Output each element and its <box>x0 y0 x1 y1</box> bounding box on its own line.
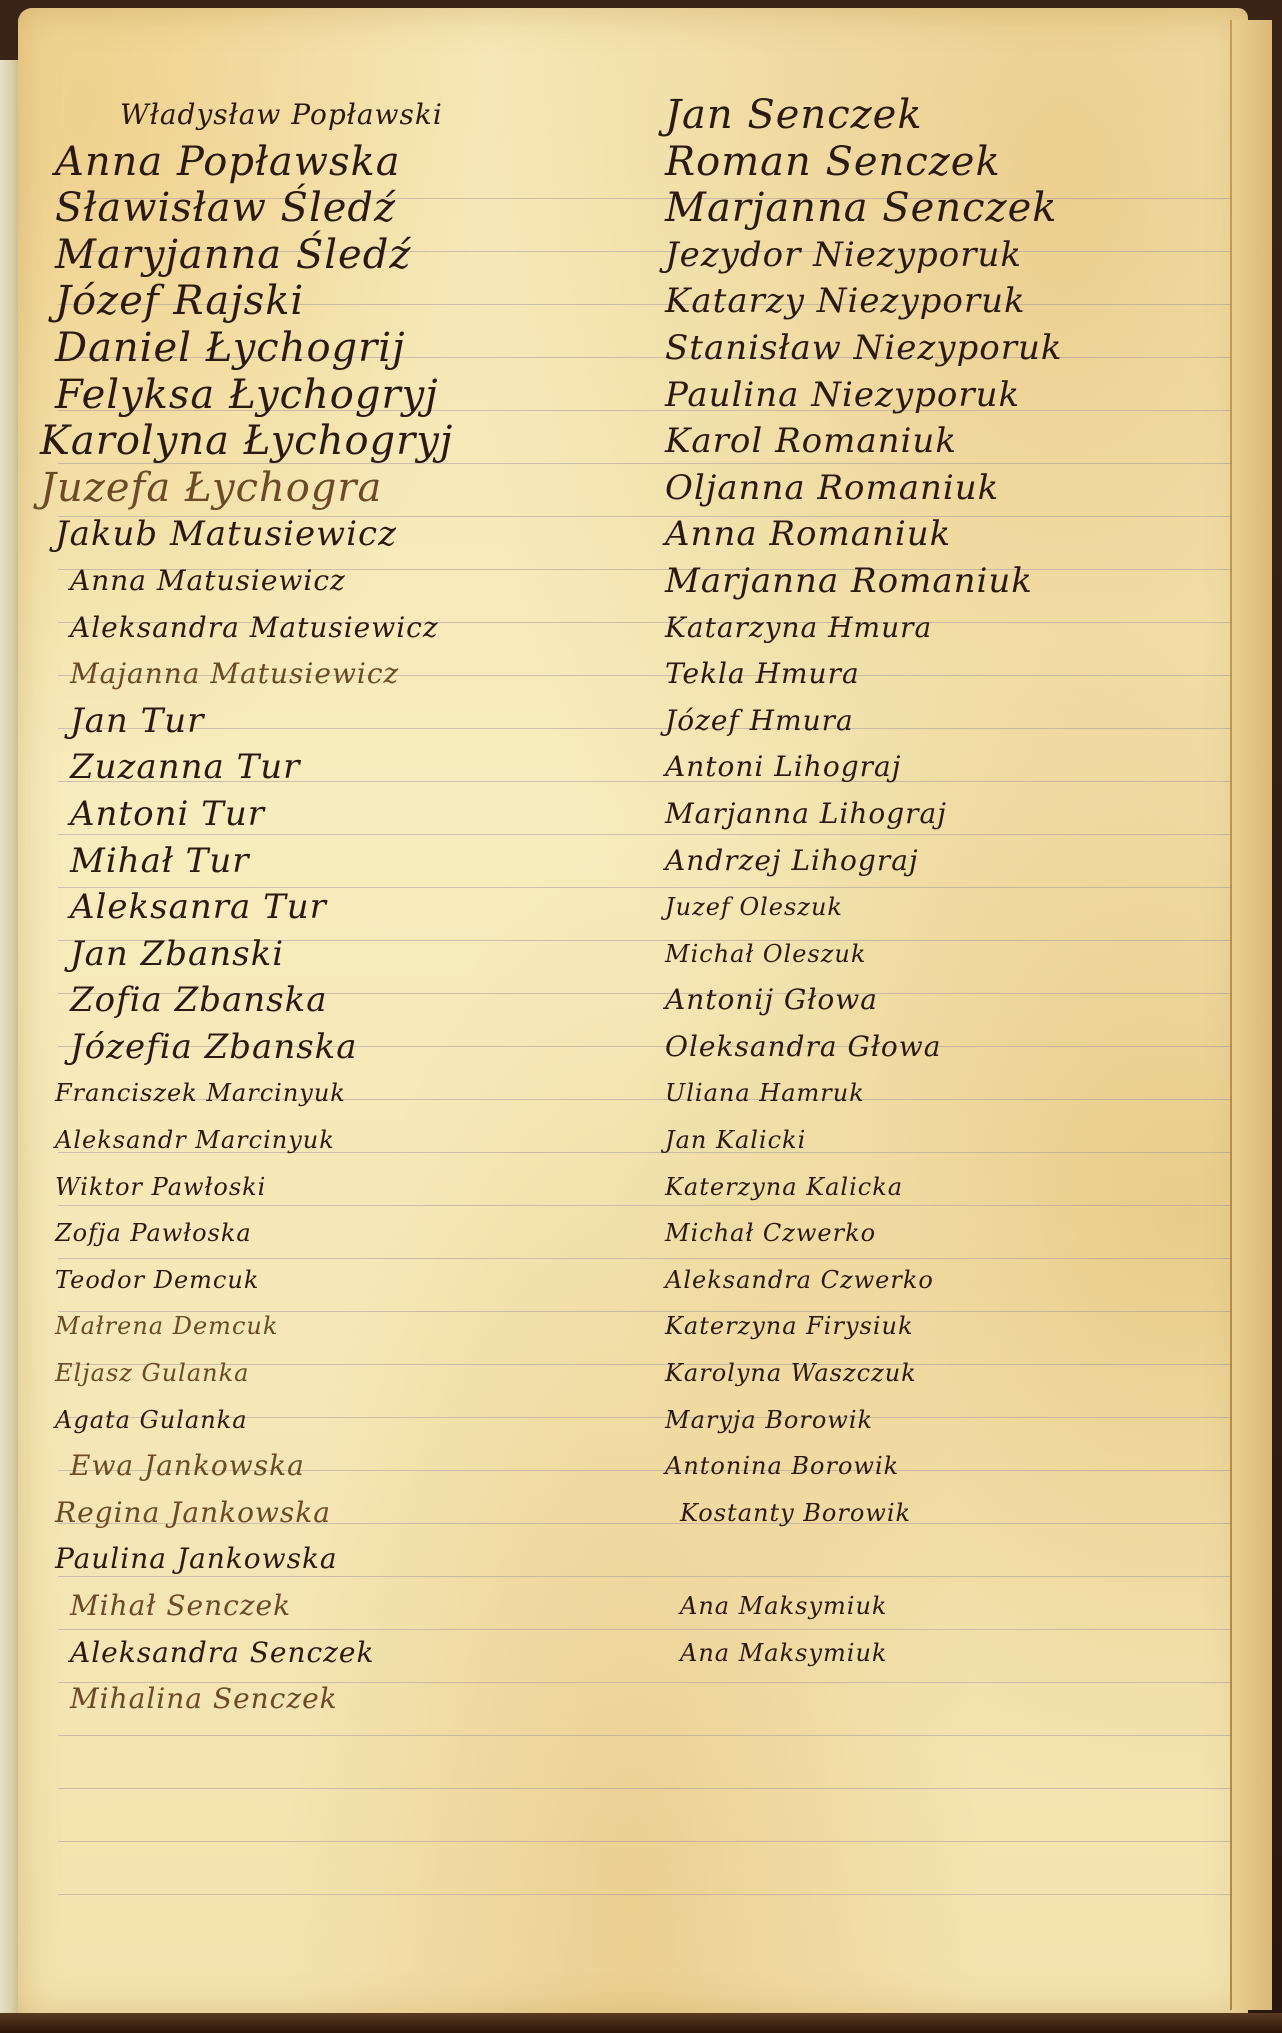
name-entry: Ana Maksymiuk <box>665 1630 1235 1677</box>
notebook-cover-edge <box>0 2013 1282 2033</box>
name-entry: Daniel Łychogrij <box>40 325 660 372</box>
name-entry: Antonina Borowik <box>665 1443 1235 1490</box>
name-entry: Anna Popławska <box>40 139 660 186</box>
next-page-edge <box>1232 20 1272 2010</box>
name-entry: Michał Oleszuk <box>665 931 1235 978</box>
name-entry: Aleksandra Senczek <box>40 1630 660 1677</box>
name-entry: Józef Rajski <box>40 278 660 325</box>
left-name-column: Władysław Popławski Anna Popławska Sławi… <box>40 92 660 1723</box>
name-entry: Regina Jankowska <box>40 1490 660 1537</box>
name-entry: Stanisław Niezyporuk <box>665 325 1235 372</box>
name-entry: Jakub Matusiewicz <box>40 511 660 558</box>
name-entry: Maryja Borowik <box>665 1397 1235 1444</box>
name-entry: Andrzej Lihograj <box>665 838 1235 885</box>
name-entry: Eljasz Gulanka <box>40 1350 660 1397</box>
name-entry: Jan Zbanski <box>40 931 660 978</box>
name-entry: Oleksandra Głowa <box>665 1024 1235 1071</box>
name-entry: Juzefa Łychogra <box>40 465 660 512</box>
name-entry: Jezydor Niezyporuk <box>665 232 1235 279</box>
name-entry: Franciszek Marcinyuk <box>40 1070 660 1117</box>
name-entry: Marjanna Senczek <box>665 185 1235 232</box>
name-entry: Katerzyna Kalicka <box>665 1164 1235 1211</box>
name-entry: Aleksandr Marcinyuk <box>40 1117 660 1164</box>
name-entry: Katarzyna Hmura <box>665 605 1235 652</box>
name-entry: Felyksa Łychogryj <box>40 372 660 419</box>
name-entry: Anna Matusiewicz <box>40 558 660 605</box>
name-entry: Zuzanna Tur <box>40 744 660 791</box>
name-entry: Aleksandra Czwerko <box>665 1257 1235 1304</box>
name-entry: Karolyna Waszczuk <box>665 1350 1235 1397</box>
name-entry: Ana Maksymiuk <box>665 1583 1235 1630</box>
name-entry: Józef Hmura <box>665 698 1235 745</box>
blank-line <box>665 1536 1235 1583</box>
name-entry: Oljanna Romaniuk <box>665 465 1235 512</box>
name-entry: Uliana Hamruk <box>665 1070 1235 1117</box>
name-entry: Mihalina Senczek <box>40 1676 660 1723</box>
name-entry: Władysław Popławski <box>40 92 660 139</box>
name-entry: Antonij Głowa <box>665 977 1235 1024</box>
name-entry: Małrena Demcuk <box>40 1303 660 1350</box>
name-entry: Michał Czwerko <box>665 1210 1235 1257</box>
name-entry: Jan Tur <box>40 698 660 745</box>
name-entry: Mihał Tur <box>40 838 660 885</box>
name-entry: Ewa Jankowska <box>40 1443 660 1490</box>
name-entry: Karolyna Łychogryj <box>40 418 660 465</box>
name-entry: Aleksandra Matusiewicz <box>40 605 660 652</box>
name-entry: Antoni Lihograj <box>665 744 1235 791</box>
name-entry: Katarzy Niezyporuk <box>665 278 1235 325</box>
name-entry: Roman Senczek <box>665 139 1235 186</box>
name-entry: Sławisław Śledź <box>40 185 660 232</box>
name-entry: Zofia Zbanska <box>40 977 660 1024</box>
right-name-column: Jan Senczek Roman Senczek Marjanna Sencz… <box>665 92 1235 1676</box>
name-entry: Karol Romaniuk <box>665 418 1235 465</box>
document-scan: Władysław Popławski Anna Popławska Sławi… <box>0 0 1282 2033</box>
name-entry: Paulina Jankowska <box>40 1536 660 1583</box>
name-entry: Katerzyna Firysiuk <box>665 1303 1235 1350</box>
name-entry: Maryjanna Śledź <box>40 232 660 279</box>
name-entry: Tekla Hmura <box>665 651 1235 698</box>
name-entry: Jan Senczek <box>665 92 1235 139</box>
name-entry: Agata Gulanka <box>40 1397 660 1444</box>
name-entry: Zofja Pawłoska <box>40 1210 660 1257</box>
name-entry: Antoni Tur <box>40 791 660 838</box>
name-entry: Majanna Matusiewicz <box>40 651 660 698</box>
name-entry: Józefia Zbanska <box>40 1024 660 1071</box>
name-entry: Marjanna Romaniuk <box>665 558 1235 605</box>
name-entry: Jan Kalicki <box>665 1117 1235 1164</box>
name-entry: Teodor Demcuk <box>40 1257 660 1304</box>
name-entry: Anna Romaniuk <box>665 511 1235 558</box>
name-entry: Paulina Niezyporuk <box>665 372 1235 419</box>
name-entry: Kostanty Borowik <box>665 1490 1235 1537</box>
name-entry: Juzef Oleszuk <box>665 884 1235 931</box>
name-entry: Mihał Senczek <box>40 1583 660 1630</box>
name-entry: Marjanna Lihograj <box>665 791 1235 838</box>
name-entry: Wiktor Pawłoski <box>40 1164 660 1211</box>
name-entry: Aleksanra Tur <box>40 884 660 931</box>
